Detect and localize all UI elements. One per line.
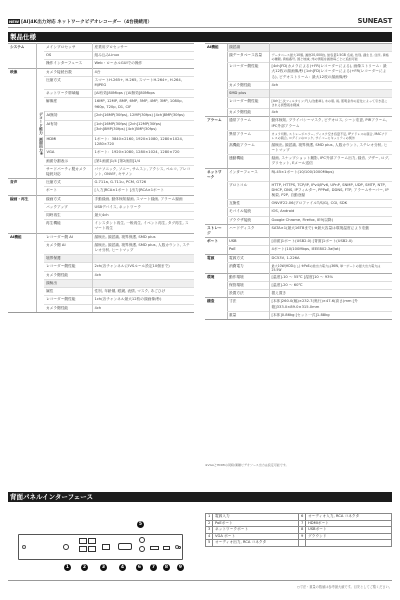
spec-category: [205, 262, 227, 273]
spec-category: システム: [8, 44, 36, 52]
spec-row: PoE4ポート(10/100Mbps, IEEE802.3af/at): [205, 246, 392, 254]
spec-value: 4ポート(10/100Mbps, IEEE802.3af/at): [269, 246, 392, 254]
usb-port-icon: [163, 546, 170, 550]
spec-label: 異常アラーム: [227, 130, 269, 141]
spec-category: 電源: [205, 254, 227, 262]
spec-value: 2ch(各チャンネルにIVSルール設定10個まで): [92, 263, 194, 271]
back-panel-section-title: 背面パネルインターフェース: [8, 492, 392, 502]
spec-row: 映像カメラ接続台数4台: [8, 68, 194, 76]
spec-row: 同時再生最大4ch: [8, 212, 194, 220]
spacer: [36, 271, 44, 279]
spec-value: 1ポート：1920×1080, 1280×1024, 1280×720: [92, 149, 194, 157]
spacer: [36, 279, 44, 287]
back-panel-diagram: 5 1 2 3 4 6 7 8 9: [14, 520, 184, 566]
spec-value: Web・ローカルGUIでの操作: [92, 60, 194, 68]
spec-label: ネットワーク帯域幅: [44, 90, 92, 98]
spec-label: 高機能アラーム: [227, 141, 269, 154]
spec-category: AI機能: [205, 44, 227, 52]
spec-category: [205, 81, 227, 89]
product-title: NEW[AI]4K出力対応 ネットワークビデオレコーダー（4台接続用）: [8, 19, 152, 25]
spec-row: プロトコルHTTP, HTTPS, TCP/IP, IPv4/IPv6, UPn…: [205, 181, 392, 200]
spec-row: 画面分割表示[第1画面]1/4 [第2画面]1/4: [8, 157, 194, 165]
spec-category: 録画・再生: [8, 195, 36, 203]
spec-value: 4ch: [269, 81, 392, 89]
spec-value: 16MP, 12MP, 8MP, 6MP, 5MP, 4MP, 3MP, 108…: [92, 98, 194, 111]
spec-label: 保管環境: [227, 281, 269, 289]
spec-value: [92, 255, 194, 263]
spec-row: モバイル接続iOS, Android: [205, 208, 392, 216]
spec-category: [8, 165, 36, 178]
spec-category: [8, 136, 36, 149]
spacer: [36, 241, 44, 254]
spec-label: 顔認識: [227, 44, 269, 52]
spec-label: モバイル接続: [227, 208, 269, 216]
spec-label: カメラ側性能: [44, 271, 92, 279]
callout-3: 3: [100, 564, 107, 571]
spec-value: 産業用プロセッサー: [92, 44, 194, 52]
spec-table-left: システムメインプロセッサ産業用プロセッサーOS組み込みLinux操作インターフェ…: [8, 43, 194, 313]
spec-category: [205, 281, 227, 289]
spec-table-right: AI機能顔認識顔データベース容量データベース最大10個, 画像20,000枚, …: [205, 43, 392, 320]
spec-group-label: デコード能力: [36, 111, 44, 135]
legend-label: オーディオ出力, RCA コネクタ: [213, 540, 299, 547]
spec-value: [1ch]16MP(30fps) [2ch]12MP(30fps) [3ch]8…: [92, 121, 194, 136]
spec-label: 圧縮方式: [44, 76, 92, 89]
spec-row: 環境動作環境[温度]-10 ～ 55℃ [湿度]10 ～ 93%: [205, 273, 392, 281]
spec-label: 顔検出: [44, 279, 92, 287]
spec-value: [第1画面]1/4 [第2画面]1/4: [92, 157, 194, 165]
spec-value: RJ-45×1ポート(10/100/1000Mbps): [269, 168, 392, 181]
spacer: [36, 157, 44, 165]
spec-value: [269, 90, 392, 98]
spec-value: 1ch(各チャンネル最大12枚の顔画像/秒): [92, 296, 194, 304]
spec-category: [205, 130, 227, 141]
spec-value: [温度]-10 ～ 55℃ [湿度]10 ～ 93%: [269, 273, 392, 281]
spec-label: 操作インターフェース: [44, 60, 92, 68]
spec-row: システムメインプロセッサ産業用プロセッサー: [8, 44, 194, 52]
spec-row: 互換性ONVIF22.06(プロファイルT/S/G), CGI, SDK: [205, 200, 392, 208]
spec-row: レコーダー側性能2ch(各チャンネルにIVSルール設定10個まで): [8, 263, 194, 271]
spec-category: [8, 271, 36, 279]
callout-9: 9: [177, 564, 184, 571]
spec-label: VGA: [44, 149, 92, 157]
spec-row: レコーダー側性能1ch(各チャンネル最大12枚の顔画像/秒): [8, 296, 194, 304]
legend-label: [306, 540, 392, 547]
callout-4: 4: [119, 564, 126, 571]
spec-value: 手動録画, 動体検知録画, スマート録画, アラーム録画: [92, 195, 194, 203]
spacer: [36, 179, 44, 187]
spec-row: 録画・再生録画方式手動録画, 動体検知録画, スマート録画, アラーム録画: [8, 195, 194, 203]
spec-value: 顔検出, 顔認識, 境界保護, SMD plus, 人数カウント, ステレオ分析…: [269, 141, 392, 154]
spec-label: インターフェース: [227, 168, 269, 181]
spec-value: スマートH.265+, H.265, スマートH.264+, H.264, MJ…: [92, 76, 194, 89]
spec-row: 操作インターフェースWeb・ローカルGUIでの操作: [8, 60, 194, 68]
spec-value: 最大4ch: [92, 212, 194, 220]
spec-label: 連動機能: [227, 155, 269, 168]
hdmi-port-icon: [150, 546, 159, 550]
spec-row: 音声圧縮方式G.711a, G.711u, PCM, G726: [8, 179, 194, 187]
legend-num: [299, 540, 306, 547]
spec-category: [205, 181, 227, 200]
spec-row: 境界保護: [8, 255, 194, 263]
spec-category: [205, 290, 227, 298]
spec-value: 4ch: [92, 271, 194, 279]
spec-category: [8, 157, 36, 165]
spec-group-label: 画面出力※: [36, 136, 44, 158]
spec-category: 映像: [8, 68, 36, 76]
spec-category: [205, 155, 227, 168]
divider: [8, 312, 194, 313]
spec-label: カメラ側性能: [227, 81, 269, 89]
spec-category: 環境: [205, 273, 227, 281]
poe-port-icon: [88, 538, 96, 544]
callout-5: 5: [137, 521, 144, 528]
spec-row: 顔検出: [8, 279, 194, 287]
spacer: [36, 195, 44, 203]
spec-row: 属性性別, 年齢層, 眼鏡, 表情, マスク, あごひげ: [8, 288, 194, 296]
spec-value: G.711a, G.711u, PCM, G726: [92, 179, 194, 187]
spec-value: SATA×1(最大16TBまで) ※最大容量は環境温度により変動: [269, 224, 392, 237]
spec-row: 解像度16MP, 12MP, 8MP, 6MP, 5MP, 4MP, 3MP, …: [8, 98, 194, 111]
spec-label: バックアップ: [44, 203, 92, 211]
spec-row: AI機能レコーダー側 AI顔検出, 顔認識, 境界保護, SMD plus: [8, 233, 194, 241]
spec-category: [8, 52, 36, 60]
spacer: [36, 296, 44, 304]
spacer: [36, 52, 44, 60]
spec-category: [205, 90, 227, 98]
spec-label: SMD plus: [227, 90, 269, 98]
spacer: [36, 220, 44, 233]
spec-category: [8, 111, 36, 120]
spec-value: 1ポート：3840×2160, 1920×1080, 1280×1024, 12…: [92, 136, 194, 149]
callout-1: 1: [64, 564, 71, 571]
spec-label: 録画方式: [44, 195, 92, 203]
spec-category: [205, 63, 227, 82]
spec-section-title: 製品仕様: [8, 32, 392, 42]
spec-label: レコーダー側性能: [227, 63, 269, 82]
spec-row: デコード能力AI無効[2ch]16MP(30fps), 12MP(30fps) …: [8, 111, 194, 120]
spec-value: データベース最大10個, 画像20,000枚, 総容量2.5GB 名前, 性別,…: [269, 52, 392, 63]
spec-category: [8, 263, 36, 271]
spec-label: 属性: [44, 288, 92, 296]
spec-label: カメラ接続台数: [44, 68, 92, 76]
spec-label: サードパーティ製カメラ接続対応: [44, 165, 92, 178]
spec-label: レコーダー側性能: [227, 98, 269, 109]
poe-port-icon: [88, 546, 96, 552]
spec-label: レコーダー側 AI: [44, 233, 92, 241]
spec-category: [205, 52, 227, 63]
spec-category: [205, 311, 227, 319]
spec-row: 再生機能インスタント再生, 一般再生, イベント再生, タグ再生, スマート再生: [8, 220, 194, 233]
spec-row: OS組み込みLinux: [8, 52, 194, 60]
spacer: [36, 288, 44, 296]
callout-6: 6: [136, 564, 143, 571]
spec-label: 同時再生: [44, 212, 92, 220]
spec-row: カメラ側性能4ch: [205, 81, 392, 89]
audio-in-port-icon: [139, 546, 145, 552]
spacer: [36, 233, 44, 241]
spec-label: 寸法: [227, 298, 269, 311]
spec-category: [8, 296, 36, 304]
spacer: [36, 187, 44, 195]
spec-value: [本体]0.86kg [セット一式]1.88kg: [269, 311, 392, 319]
spec-value: [92, 279, 194, 287]
spec-category: [205, 141, 227, 154]
spec-label: 通常アラーム: [227, 117, 269, 130]
spec-label: AI有効: [44, 121, 92, 136]
spec-row: カメラ側性能4ch: [205, 109, 392, 117]
callout-2: 2: [81, 564, 88, 571]
spec-label: カメラ側 AI: [44, 241, 92, 254]
spec-row: 保管環境[温度]-20 ～ 60℃: [205, 281, 392, 289]
spec-category: ネットワーク: [205, 168, 227, 181]
new-badge: NEW: [8, 19, 20, 24]
spec-label: 動作環境: [227, 273, 269, 281]
spec-value: [4ch]FD(カメラによる)+FR(レコーダーによる), 画像ストリーム：最大…: [269, 63, 392, 82]
product-title-text: [AI]4K出力対応 ネットワークビデオレコーダー（4台接続用）: [21, 20, 152, 25]
spec-row: 高機能アラーム顔検出, 顔認識, 境界保護, SMD plus, 人数カウント,…: [205, 141, 392, 154]
spec-label: 設置方法: [227, 290, 269, 298]
spec-label: HDMI: [44, 136, 92, 149]
spec-label: 電源方式: [227, 254, 269, 262]
spec-label: 消費電力: [227, 262, 269, 273]
spec-row: ストレージハードディスクSATA×1(最大16TBまで) ※最大容量は環境温度に…: [205, 224, 392, 237]
power-input-port: [63, 544, 69, 550]
spacer: [36, 203, 44, 211]
spec-row: レコーダー側性能[4ch]FD(カメラによる)+FR(レコーダーによる), 画像…: [205, 63, 392, 82]
spec-value: [269, 44, 392, 52]
spec-label: プロトコル: [227, 181, 269, 200]
spec-value: [本体]260.0(幅)×232.7(奥行)×47.6(高さ)mm [外箱]33…: [269, 298, 392, 311]
spec-label: USB: [227, 238, 269, 246]
back-panel-legend: 1 電源入力 6 オーディオ入力, RCA コネクタ 2 PoEポート 7 HD…: [205, 513, 392, 547]
spec-value: [前面]1ポート(USB2.0) [背面]1ポート(USB2.0): [269, 238, 392, 246]
spec-category: [8, 60, 36, 68]
spec-category: [8, 121, 36, 136]
spec-category: [8, 98, 36, 111]
spec-category: [205, 208, 227, 216]
spec-label: 再生機能: [44, 220, 92, 233]
spec-category: [8, 255, 36, 263]
spec-value: [2ch]16MP(30fps), 12MP(30fps) [4ch]8MP(3…: [92, 111, 194, 120]
spec-category: [205, 109, 227, 117]
spec-value: USBデバイス, ネットワーク: [92, 203, 194, 211]
spec-label: 重量: [227, 311, 269, 319]
spec-category: ポート: [205, 238, 227, 246]
spec-label: レコーダー側性能: [44, 263, 92, 271]
screw-icon: [22, 545, 26, 549]
spec-value: DC53V, 1.226A: [269, 254, 392, 262]
spec-value: iOS, Android: [269, 208, 392, 216]
brand-logo: SUNEAST: [358, 17, 393, 25]
spacer: [36, 255, 44, 263]
spec-row: 連動機能録画, スナップショット撮影, IPC外部アラーム出力, 録音, ブザー…: [205, 155, 392, 168]
spec-category: アラーム: [205, 117, 227, 130]
network-port-icon: [102, 544, 110, 550]
spec-category: [205, 98, 227, 109]
spec-value: ONVIF22.06(プロファイルT/S/G), CGI, SDK: [269, 200, 392, 208]
spacer: [36, 263, 44, 271]
spec-row: カメラ側性能4ch: [8, 304, 194, 312]
spec-row: 画面出力※HDMI1ポート：3840×2160, 1920×1080, 1280…: [8, 136, 194, 149]
spec-value: パナソニック, ソニー, サムスン, アクシス, ペルコ, アレコント, ONV…: [92, 165, 194, 178]
callout-7: 7: [150, 564, 157, 571]
spec-value: 据え置き: [269, 290, 392, 298]
spec-value: 組み込みLinux: [92, 52, 194, 60]
spec-category: 音声: [8, 179, 36, 187]
spec-row: サードパーティ製カメラ接続対応パナソニック, ソニー, サムスン, アクシス, …: [8, 165, 194, 178]
spec-label: AI無効: [44, 111, 92, 120]
spec-category: [8, 220, 36, 233]
spec-value: Google Chrome, Firefox, IE9(以降): [269, 216, 392, 224]
spec-label: ブラウザ接続: [227, 216, 269, 224]
divider: [205, 319, 392, 320]
spec-row: AI有効[1ch]16MP(30fps) [2ch]12MP(30fps) [3…: [8, 121, 194, 136]
spacer: [36, 98, 44, 111]
spec-label: 顔データベース容量: [227, 52, 269, 63]
spec-row: VGA1ポート：1920×1080, 1280×1024, 1280×720: [8, 149, 194, 157]
nvr-chassis: [18, 534, 183, 560]
spec-row: 電源電源方式DC53V, 1.226A: [205, 254, 392, 262]
callout-8: 8: [163, 564, 170, 571]
spec-label: レコーダー側性能: [44, 296, 92, 304]
spec-row: カメラ側性能4ch: [8, 271, 194, 279]
spec-value: 最大10W(HDDなし) ※PoEの総出力電力は36W, 単一ポートの最大出力電…: [269, 262, 392, 273]
spec-row: 圧縮方式スマートH.265+, H.265, スマートH.264+, H.264…: [8, 76, 194, 89]
vga-port-icon: [118, 543, 132, 550]
spec-row: 重量[本体]0.86kg [セット一式]1.88kg: [205, 311, 392, 319]
spacer: [36, 90, 44, 98]
page-header: NEW[AI]4K出力対応 ネットワークビデオレコーダー（4台接続用） SUNE…: [8, 14, 392, 28]
spec-category: [8, 149, 36, 157]
ground-terminal-icon: [178, 546, 181, 549]
footnote: ※VGAとHDMIの同時/異種ビデオソース出力は設定可能です。: [205, 463, 289, 467]
spacer: [36, 212, 44, 220]
spec-label: 境界保護: [44, 255, 92, 263]
spec-label: カメラ側性能: [44, 304, 92, 312]
poe-port-icon: [79, 546, 87, 552]
spec-label: カメラ側性能: [227, 109, 269, 117]
spec-category: [8, 76, 36, 89]
spec-category: [8, 279, 36, 287]
spec-row: アラーム通常アラーム動体検知, プライバシーマスク, ビデオロス, シーン変更,…: [205, 117, 392, 130]
spec-row: SMD plus: [205, 90, 392, 98]
spec-category: ストレージ: [205, 224, 227, 237]
spec-category: [205, 216, 227, 224]
spec-category: [8, 288, 36, 296]
footer-note: ○寸法・重量の数値は参考最大値です。目安としてご覧ください。: [297, 584, 392, 589]
spec-row: 消費電力最大10W(HDDなし) ※PoEの総出力電力は36W, 単一ポートの最…: [205, 262, 392, 273]
spec-category: [205, 200, 227, 208]
spec-category: AI機能: [8, 233, 36, 241]
spec-label: メインプロセッサ: [44, 44, 92, 52]
spec-row: 異常アラームカメラ切断, ストレージエラー, ディスク空き容量不足, IPアドレ…: [205, 130, 392, 141]
spec-row: ネットワーク帯域幅[AI有効]80Mbps / [AI無効]80Mbps: [8, 90, 194, 98]
spec-row: レコーダー側性能[4ch]二次フィルタリング(人/自動車), 木の葉, 雨, 照…: [205, 98, 392, 109]
spec-row: ブラウザ接続Google Chrome, Firefox, IE9(以降): [205, 216, 392, 224]
spec-row: バックアップUSBデバイス, ネットワーク: [8, 203, 194, 211]
spec-label: OS: [44, 52, 92, 60]
spec-category: 構造: [205, 298, 227, 311]
spec-label: 互換性: [227, 200, 269, 208]
spec-label: 圧縮方式: [44, 179, 92, 187]
spec-value: 性別, 年齢層, 眼鏡, 表情, マスク, あごひげ: [92, 288, 194, 296]
spec-value: [入力]RCA×1ポート [出力]RCA×1ポート: [92, 187, 194, 195]
spec-value: 顔検出, 顔認識, 境界保護, SMD plus: [92, 233, 194, 241]
spec-category: [8, 90, 36, 98]
spec-label: PoE: [227, 246, 269, 254]
spec-label: 解像度: [44, 98, 92, 111]
spec-category: [8, 203, 36, 211]
spec-category: [8, 241, 36, 254]
spec-label: ポート: [44, 187, 92, 195]
spec-value: [AI有効]80Mbps / [AI無効]80Mbps: [92, 90, 194, 98]
spec-value: インスタント再生, 一般再生, イベント再生, タグ再生, スマート再生: [92, 220, 194, 233]
spec-row: 構造寸法[本体]260.0(幅)×232.7(奥行)×47.6(高さ)mm [外…: [205, 298, 392, 311]
spacer: [36, 60, 44, 68]
spec-value: 顔検出, 顔認識, 境界保護, SMD plus, 人数カウント, ステレオ分析…: [92, 241, 194, 254]
spec-value: [4ch]二次フィルタリング(人/自動車), 木の葉, 雨, 照明条件の変化によ…: [269, 98, 392, 109]
spec-value: HTTP, HTTPS, TCP/IP, IPv4/IPv6, UPnP, SN…: [269, 181, 392, 200]
spec-category: [8, 212, 36, 220]
spec-row: ポートUSB[前面]1ポート(USB2.0) [背面]1ポート(USB2.0): [205, 238, 392, 246]
spec-label: 画面分割表示: [44, 157, 92, 165]
spec-row: ネットワークインターフェースRJ-45×1ポート(10/100/1000Mbps…: [205, 168, 392, 181]
legend-num: 5: [206, 540, 213, 547]
spec-value: [温度]-20 ～ 60℃: [269, 281, 392, 289]
poe-port-icon: [79, 538, 87, 544]
spec-category: [8, 304, 36, 312]
spec-row: カメラ側 AI顔検出, 顔認識, 境界保護, SMD plus, 人数カウント,…: [8, 241, 194, 254]
spec-value: 4ch: [269, 109, 392, 117]
spacer: [36, 165, 44, 178]
spec-category: [205, 246, 227, 254]
spec-row: ポート[入力]RCA×1ポート [出力]RCA×1ポート: [8, 187, 194, 195]
spec-category: [8, 187, 36, 195]
spec-row: 顔データベース容量データベース最大10個, 画像20,000枚, 総容量2.5G…: [205, 52, 392, 63]
spec-value: 4ch: [92, 304, 194, 312]
spec-value: 4台: [92, 68, 194, 76]
audio-out-port-icon: [139, 537, 145, 543]
spec-value: 動体検知, プライバシーマスク, ビデオロス, シーン変更, PIRアラーム, …: [269, 117, 392, 130]
divider: [8, 580, 392, 581]
spacer: [36, 68, 44, 76]
spacer: [36, 76, 44, 89]
spec-label: ハードディスク: [227, 224, 269, 237]
spec-row: 設置方法据え置き: [205, 290, 392, 298]
spec-value: カメラ切断, ストレージエラー, ディスク空き容量不足, IPアドレスの競合, …: [269, 130, 392, 141]
spacer: [36, 304, 44, 312]
spec-row: AI機能顔認識: [205, 44, 392, 52]
spacer: [36, 44, 44, 52]
spec-value: 録画, スナップショット撮影, IPC外部アラーム出力, 録音, ブザー, ログ…: [269, 155, 392, 168]
